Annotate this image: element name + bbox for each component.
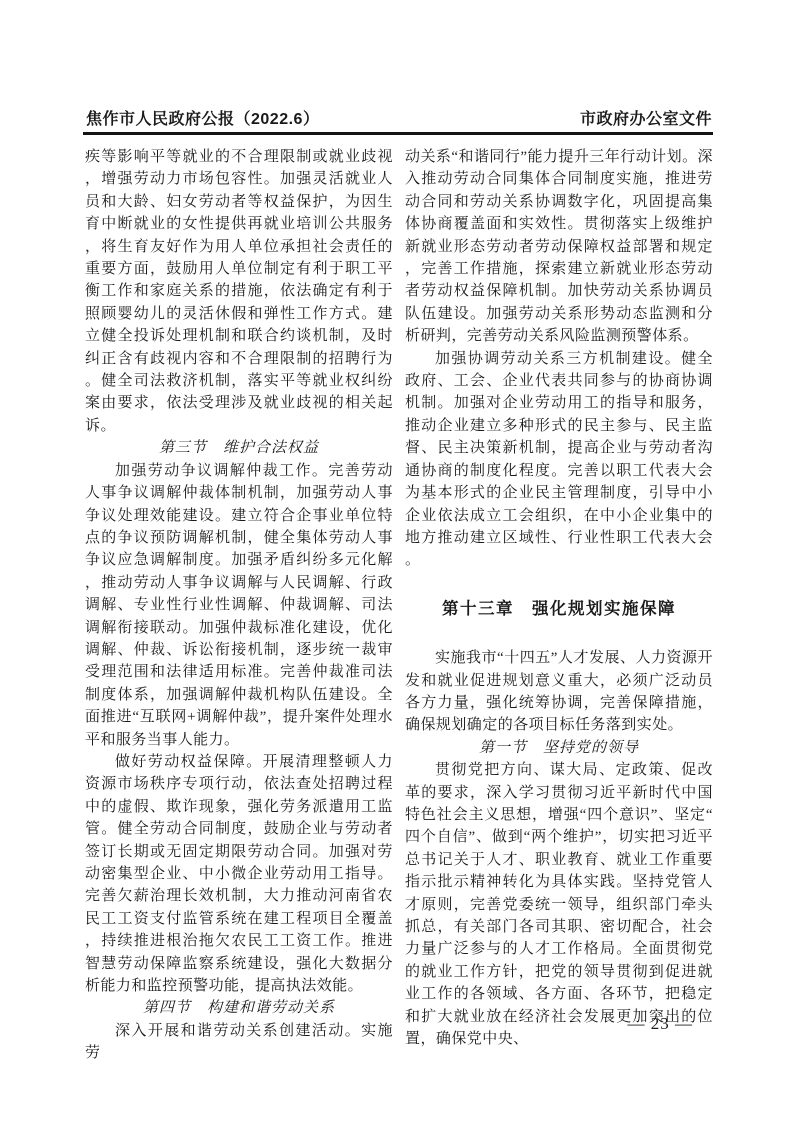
paragraph: 加强协调劳动关系三方机制建设。健全政府、工会、企业代表共同参与的协商协调机制。加… [405,348,713,572]
paragraph: 疾等影响平等就业的不合理限制或就业歧视，增强劳动力市场包容性。加强灵活就业人员和… [85,146,393,437]
column-right: 动关系“和谐同行”能力提升三年行动计划。深入推动劳动合同集体合同制度实施，推进劳… [405,146,713,1065]
running-head: 焦作市人民政府公报（2022.6） 市政府办公室文件 [86,106,712,129]
header-rule [83,132,713,135]
chapter-heading: 第十三章 强化规划实施保障 [405,598,713,620]
gazette-page: 焦作市人民政府公报（2022.6） 市政府办公室文件 疾等影响平等就业的不合理限… [0,0,793,1122]
text-columns: 疾等影响平等就业的不合理限制或就业歧视，增强劳动力市场包容性。加强灵活就业人员和… [85,146,713,1065]
running-head-left-title: 焦作市人民政府公报（2022.6） [86,106,319,129]
paragraph: 加强劳动争议调解仲裁工作。完善劳动人事争议调解仲裁体制机制，加强劳动人事争议处理… [85,460,393,751]
paragraph: 贯彻党把方向、谋大局、定政策、促改革的要求，深入学习贯彻习近平新时代中国特色社会… [405,759,713,1050]
section-heading: 第三节 维护合法权益 [85,437,393,459]
paragraph: 做好劳动权益保障。开展清理整顿人力资源市场秩序专项行动，依法查处招聘过程中的虚假… [85,751,393,997]
paragraph: 实施我市“十四五”人才发展、人力资源开发和就业促进规划意义重大，必须广泛动员各方… [405,647,713,737]
section-heading: 第一节 坚持党的领导 [405,737,713,759]
running-head-right-title: 市政府办公室文件 [580,106,712,129]
section-heading: 第四节 构建和谐劳动关系 [85,997,393,1019]
column-left: 疾等影响平等就业的不合理限制或就业歧视，增强劳动力市场包容性。加强灵活就业人员和… [85,146,393,1065]
paragraph: 动关系“和谐同行”能力提升三年行动计划。深入推动劳动合同集体合同制度实施，推进劳… [405,146,713,348]
paragraph: 深入开展和谐劳动关系创建活动。实施劳 [85,1020,393,1065]
page-number: — 23 — [628,1014,694,1034]
